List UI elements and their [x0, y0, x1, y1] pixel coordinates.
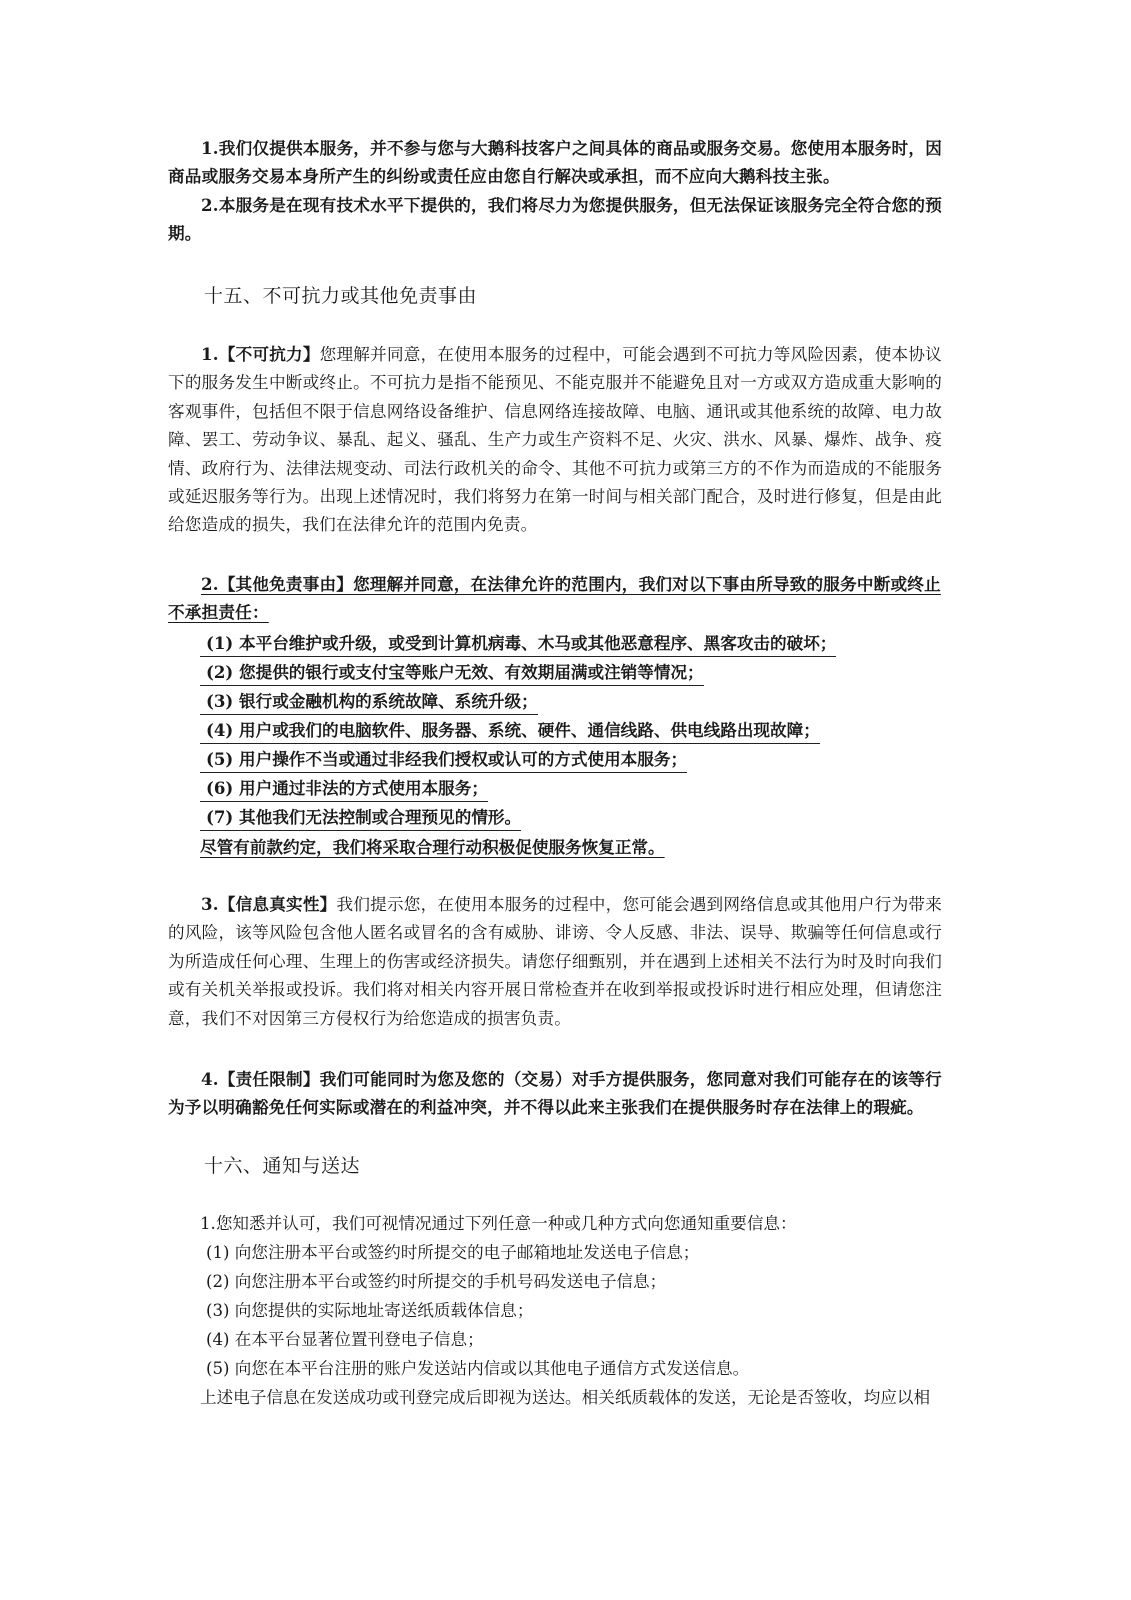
- s15-c2-item-1: (1) 本平台维护或升级，或受到计算机病毒、木马或其他恶意程序、黑客攻击的破坏；: [200, 630, 836, 657]
- s16-c1-item-4: (4) 在本平台显著位置刊登电子信息；: [206, 1326, 484, 1354]
- s15-clause-2-text-cont: 不承担责任：: [168, 602, 269, 622]
- s16-c1-trailing: 上述电子信息在发送成功或刊登完成后即视为送达。相关纸质载体的发送，无论是否签收，…: [200, 1384, 930, 1412]
- intro-clause-2: 2.本服务是在现有技术水平下提供的，我们将尽力为您提供服务，但无法保证该服务完全…: [168, 191, 942, 248]
- s15-clause-2-label: 2.【其他免责事由】: [201, 574, 353, 594]
- s15-clause-2-text: 您理解并同意，在法律允许的范围内，我们对以下事由所导致的服务中断或终止: [353, 574, 941, 594]
- s16-c1-item-3: (3) 向您提供的实际地址寄送纸质载体信息；: [206, 1297, 533, 1325]
- s15-clause-1-text: 您理解并同意，在使用本服务的过程中，可能会遇到不可抗力等风险因素，使本协议下的服…: [168, 345, 942, 534]
- s15-c2-item-2: (2) 您提供的银行或支付宝等账户无效、有效期届满或注销等情况；: [200, 659, 704, 686]
- s15-clause-3: 3.【信息真实性】我们提示您，在使用本服务的过程中，您可能会遇到网络信息或其他用…: [168, 890, 942, 1033]
- s15-clause-3-text: 我们提示您，在使用本服务的过程中，您可能会遇到网络信息或其他用户行为带来的风险，…: [168, 895, 942, 1028]
- s15-c2-item-3: (3) 银行或金融机构的系统故障、系统升级；: [200, 688, 538, 715]
- s15-clause-1: 1.【不可抗力】您理解并同意，在使用本服务的过程中，可能会遇到不可抗力等风险因素…: [168, 340, 942, 540]
- s15-c2-item-5: (5) 用户操作不当或通过非经我们授权或认可的方式使用本服务；: [200, 746, 687, 773]
- s15-c2-closing: 尽管有前款约定，我们将采取合理行动积极促使服务恢复正常。: [200, 833, 665, 861]
- s16-clause-1: 1.您知悉并认可，我们可视情况通过下列任意一种或几种方式向您通知重要信息：: [200, 1210, 797, 1238]
- s15-c2-item-6: (6) 用户通过非法的方式使用本服务；: [200, 775, 488, 802]
- s15-c2-item-4: (4) 用户或我们的电脑软件、服务器、系统、硬件、通信线路、供电线路出现故障；: [200, 717, 820, 744]
- s15-clause-4-label: 4.【责任限制】: [201, 1069, 320, 1089]
- s16-c1-item-1: (1) 向您注册本平台或签约时所提交的电子邮箱地址发送电子信息；: [206, 1239, 699, 1267]
- s15-clause-4: 4.【责任限制】我们可能同时为您及您的（交易）对手方提供服务，您同意对我们可能存…: [168, 1065, 942, 1122]
- s15-clause-3-label: 3.【信息真实性】: [201, 894, 337, 914]
- s15-c2-item-7: (7) 其他我们无法控制或合理预见的情形。: [200, 804, 521, 831]
- s16-c1-item-5: (5) 向您在本平台注册的账户发送站内信或以其他电子通信方式发送信息。: [206, 1355, 749, 1383]
- section-16-heading: 十六、通知与送达: [204, 1153, 360, 1179]
- intro-clause-1: 1.我们仅提供本服务，并不参与您与大鹅科技客户之间具体的商品或服务交易。您使用本…: [168, 134, 942, 191]
- section-15-heading: 十五、不可抗力或其他免责事由: [204, 283, 477, 309]
- s15-clause-2-intro: 2.【其他免责事由】您理解并同意，在法律允许的范围内，我们对以下事由所导致的服务…: [168, 570, 942, 627]
- s15-clause-1-label: 1.【不可抗力】: [201, 344, 320, 364]
- s16-c1-item-2: (2) 向您注册本平台或签约时所提交的手机号码发送电子信息；: [206, 1268, 666, 1296]
